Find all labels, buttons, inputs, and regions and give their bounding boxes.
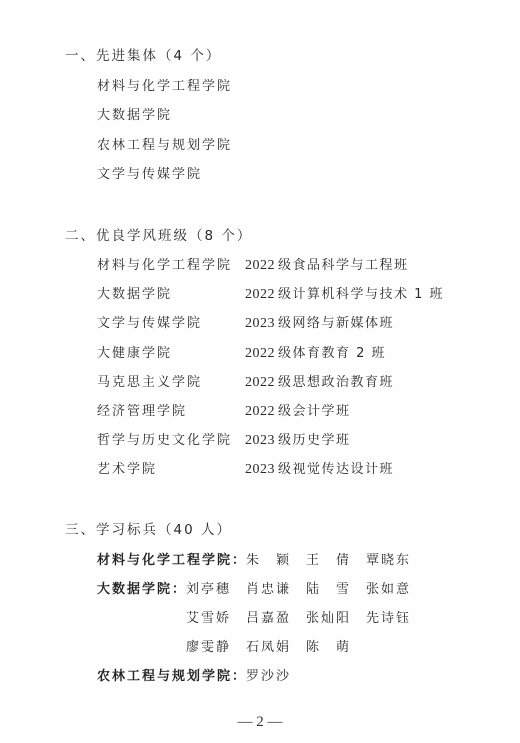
class-label: 级历史学班: [278, 433, 351, 448]
college-name: 大数据学院: [97, 286, 172, 304]
student-name: 张灿阳: [306, 610, 351, 628]
section-heading-study-models: 三、学习标兵（40 人）: [65, 521, 232, 539]
class-label: 级食品科学与工程班: [278, 258, 409, 273]
class-year: 2022: [245, 287, 275, 302]
class-name: 2022级食品科学与工程班: [245, 257, 409, 275]
college-name: 哲学与历史文化学院: [97, 432, 232, 450]
student-name: 吕嘉盈: [246, 610, 291, 628]
student-name: 张如意: [366, 581, 411, 599]
list-item: 大数据学院: [97, 107, 172, 125]
class-name: 2023级网络与新媒体班: [245, 315, 394, 333]
class-label: 级视觉传达设计班: [278, 462, 394, 477]
class-label: 级体育教育 2 班: [278, 346, 386, 361]
class-name: 2023级视觉传达设计班: [245, 461, 394, 479]
list-item: 文学与传媒学院: [97, 166, 202, 184]
class-year: 2022: [245, 258, 275, 273]
college-name: 大健康学院: [97, 345, 172, 363]
college-name: 材料与化学工程学院: [97, 257, 232, 275]
student-name: 肖忠谦: [246, 581, 291, 599]
list-item: 材料与化学工程学院: [97, 78, 232, 96]
student-name: 罗沙沙: [246, 668, 291, 686]
class-name: 2022级思想政治教育班: [245, 374, 394, 392]
college-name: 马克思主义学院: [97, 374, 202, 392]
college-label: 农林工程与规划学院：: [97, 668, 247, 686]
student-name: 石凤娟: [246, 639, 291, 657]
student-name: 廖雯静: [186, 639, 231, 657]
section-heading-excellent-classes: 二、优良学风班级（8 个）: [65, 227, 252, 245]
document-page: 一、先进集体（4 个） 材料与化学工程学院 大数据学院 农林工程与规划学院 文学…: [0, 0, 520, 743]
student-name: 先诗钰: [366, 610, 411, 628]
student-name: 覃晓东: [366, 552, 411, 570]
student-name: 刘亭穗: [186, 581, 231, 599]
section-heading-advanced-collectives: 一、先进集体（4 个）: [65, 47, 221, 65]
class-name: 2022级计算机科学与技术 1 班: [245, 286, 444, 304]
class-year: 2022: [245, 375, 275, 390]
college-label: 大数据学院：: [97, 581, 187, 599]
class-year: 2023: [245, 316, 275, 331]
class-label: 级网络与新媒体班: [278, 316, 394, 331]
class-name: 2022级体育教育 2 班: [245, 345, 386, 363]
college-name: 文学与传媒学院: [97, 315, 202, 333]
class-name: 2023级历史学班: [245, 432, 351, 450]
list-item: 农林工程与规划学院: [97, 137, 232, 155]
student-name: 朱 颖: [246, 552, 291, 570]
class-label: 级计算机科学与技术 1 班: [278, 287, 444, 302]
student-name: 艾雪娇: [186, 610, 231, 628]
class-year: 2023: [245, 433, 275, 448]
page-number: — 2 —: [0, 714, 520, 731]
class-year: 2022: [245, 404, 275, 419]
student-name: 王 倩: [306, 552, 351, 570]
class-label: 级思想政治教育班: [278, 375, 394, 390]
student-name: 陈 萌: [306, 639, 351, 657]
class-year: 2023: [245, 462, 275, 477]
college-label: 材料与化学工程学院：: [97, 552, 247, 570]
class-label: 级会计学班: [278, 404, 351, 419]
student-name: 陆 雪: [306, 581, 351, 599]
class-year: 2022: [245, 346, 275, 361]
college-name: 艺术学院: [97, 461, 157, 479]
class-name: 2022级会计学班: [245, 403, 351, 421]
college-name: 经济管理学院: [97, 403, 187, 421]
